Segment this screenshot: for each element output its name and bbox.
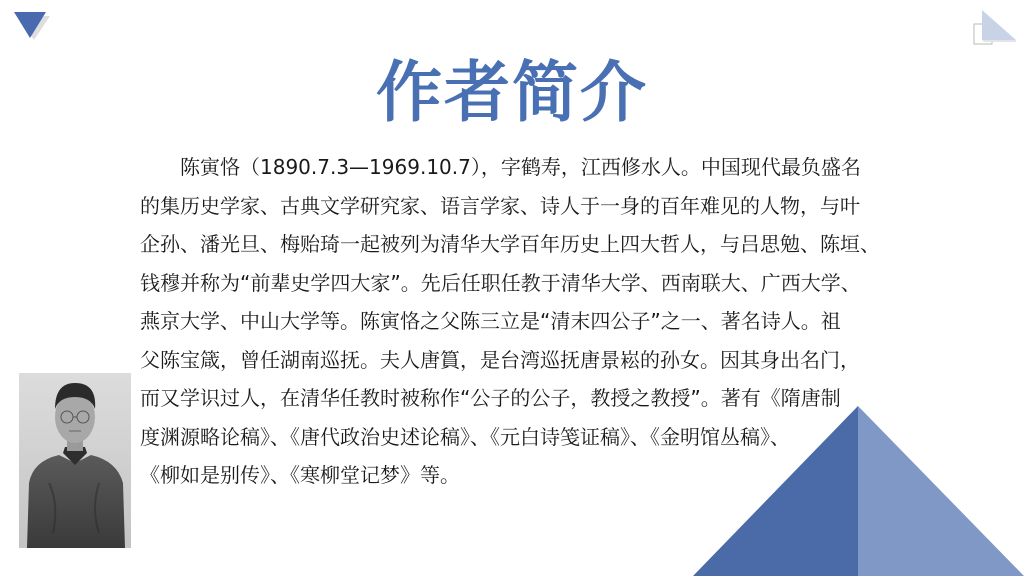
bio-line: 父陈宝箴，曾任湖南巡抚。夫人唐篔，是台湾巡抚唐景崧的孙女。因其身出名门，	[140, 341, 920, 380]
bio-line: 《柳如是别传》、《寒柳堂记梦》等。	[140, 456, 920, 495]
triangle-down-icon	[12, 10, 52, 42]
author-bio: 陈寅恪（1890.7.3—1969.10.7），字鹤寿，江西修水人。中国现代最负…	[140, 148, 920, 495]
author-portrait	[19, 373, 131, 548]
bio-line: 陈寅恪（1890.7.3—1969.10.7），字鹤寿，江西修水人。中国现代最负…	[140, 148, 920, 187]
bio-line: 企孙、潘光旦、梅贻琦一起被列为清华大学百年历史上四大哲人，与吕思勉、陈垣、	[140, 225, 920, 264]
bio-line: 度渊源略论稿》、《唐代政治史述论稿》、《元白诗笺证稿》、《金明馆丛稿》、	[140, 418, 920, 457]
folded-corner-icon	[972, 8, 1020, 48]
bio-line: 燕京大学、中山大学等。陈寅恪之父陈三立是“清末四公子”之一、著名诗人。祖	[140, 302, 920, 341]
portrait-image	[19, 373, 131, 548]
bio-line: 的集历史学家、古典文学研究家、语言学家、诗人于一身的百年难见的人物，与叶	[140, 187, 920, 226]
bio-line: 而又学识过人，在清华任教时被称作“公子的公子，教授之教授”。著有《隋唐制	[140, 379, 920, 418]
page-title: 作者简介	[0, 50, 1024, 136]
slide: 作者简介 陈寅恪（1890.7.3—1969.10.7），字鹤寿，江西修水人。中…	[0, 0, 1024, 576]
bio-line: 钱穆并称为“前辈史学四大家”。先后任职任教于清华大学、西南联大、广西大学、	[140, 264, 920, 303]
